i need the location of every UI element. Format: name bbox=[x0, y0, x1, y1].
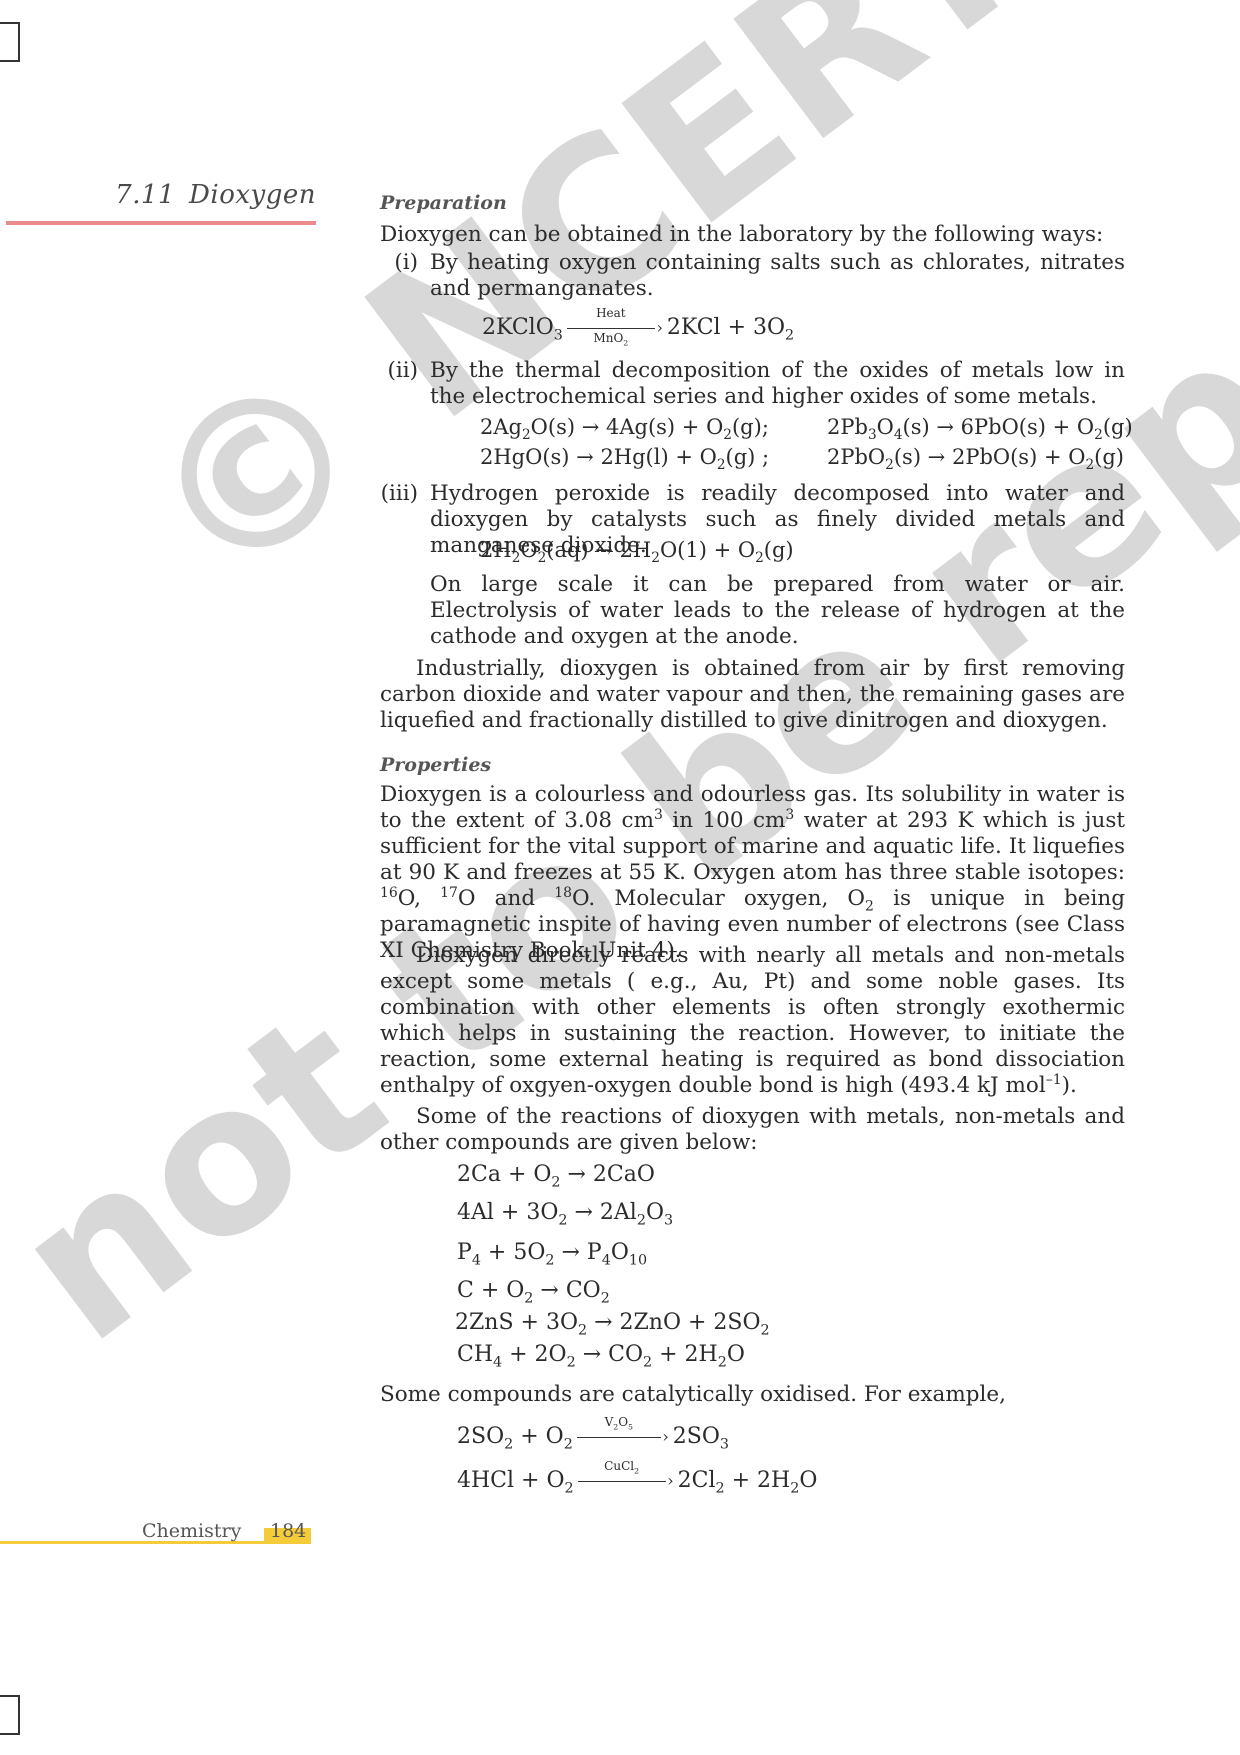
preparation-intro: Dioxygen can be obtained in the laborato… bbox=[380, 222, 1125, 248]
equation-ag2o: 2Ag2O(s) → 4Ag(s) + O2(g); bbox=[480, 414, 769, 440]
section-number: 7.11 bbox=[115, 180, 175, 210]
equation-pbo2: 2PbO2(s) → 2PbO(s) + O2(g) bbox=[827, 444, 1124, 470]
reaction-6: CH4 + 2O2 → CO2 + 2H2O bbox=[457, 1342, 745, 1368]
reaction-2: 4Al + 3O2 → 2Al2O3 bbox=[457, 1200, 673, 1226]
footer-subject: Chemistry bbox=[142, 1520, 241, 1542]
reaction-1: 2Ca + O2 → 2CaO bbox=[457, 1162, 655, 1188]
page-number: 184 bbox=[270, 1520, 306, 1542]
reaction-5: 2ZnS + 3O2 → 2ZnO + 2SO2 bbox=[455, 1310, 770, 1336]
properties-paragraph-2: Dioxygen directly reacts with nearly all… bbox=[380, 943, 1125, 1099]
crop-mark-top bbox=[0, 22, 20, 62]
page-footer: Chemistry 184 bbox=[0, 1520, 310, 1546]
industrial-paragraph: Industrially, dioxygen is obtained from … bbox=[380, 656, 1125, 734]
catalyst-arrow: Heat›MnO2 bbox=[567, 317, 663, 339]
properties-paragraph-3: Some of the reactions of dioxygen with m… bbox=[380, 1104, 1125, 1156]
catalytic-reaction-2: 4HCl + O2CuCl2›2Cl2 + 2H2O bbox=[457, 1468, 817, 1494]
page-number-badge: 184 bbox=[264, 1528, 311, 1544]
section-rule bbox=[6, 221, 316, 225]
large-scale-paragraph: On large scale it can be prepared from w… bbox=[430, 572, 1125, 650]
equation-pb3o4: 2Pb3O4(s) → 6PbO(s) + O2(g) bbox=[827, 414, 1133, 440]
properties-heading: Properties bbox=[380, 752, 491, 778]
preparation-heading: Preparation bbox=[380, 190, 507, 216]
catalytic-intro: Some compounds are catalytically oxidise… bbox=[380, 1382, 1125, 1408]
reaction-4: C + O2 → CO2 bbox=[457, 1278, 610, 1304]
catalytic-reaction-1: 2SO2 + O2V2O5›2SO3 bbox=[457, 1424, 729, 1450]
equation-hgo: 2HgO(s) → 2Hg(l) + O2(g) ; bbox=[480, 444, 769, 470]
reaction-3: P4 + 5O2 → P4O10 bbox=[457, 1240, 647, 1266]
equation-h2o2: 2H2O2(aq) → 2H2O(1) + O2(g) bbox=[480, 537, 794, 563]
properties-paragraph-1: Dioxygen is a colourless and odourless g… bbox=[380, 782, 1125, 964]
section-title: Dioxygen bbox=[189, 180, 316, 210]
equation-kclo3: 2KClO3Heat›MnO22KCl + 3O2 bbox=[482, 315, 794, 341]
crop-mark-bottom bbox=[0, 1695, 20, 1735]
